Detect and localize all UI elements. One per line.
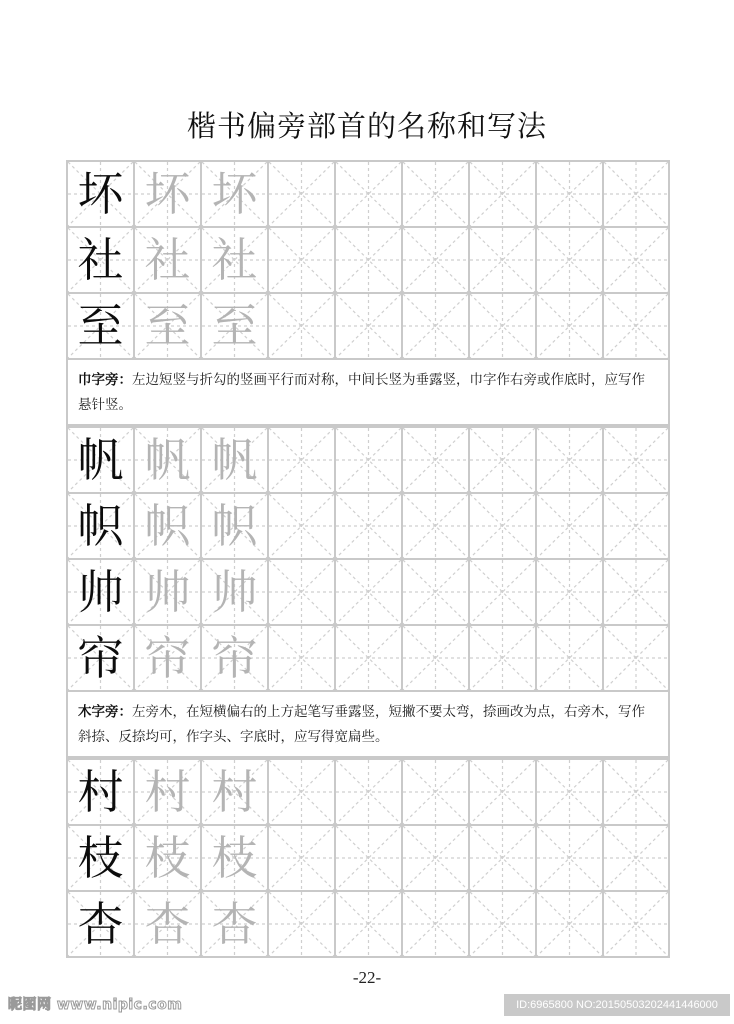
practice-grid-section-3: 村村村 枝枝枝 杏杏杏 — [66, 758, 670, 958]
trace-cell: 杏 — [202, 892, 269, 956]
mi-grid-guide-icon — [336, 626, 401, 690]
trace-cell: 枝 — [202, 826, 269, 890]
blank-practice-cell — [336, 560, 403, 624]
mi-grid-guide-icon — [403, 228, 468, 292]
blank-practice-cell — [604, 494, 668, 558]
blank-practice-cell — [403, 428, 470, 492]
blank-practice-cell — [604, 428, 668, 492]
note-text: 左边短竖与折勾的竖画平行而对称，中间长竖为垂露竖，巾字作右旁或作底时，应写作悬针… — [78, 372, 645, 413]
trace-character: 杏 — [202, 892, 267, 956]
mi-grid-guide-icon — [269, 294, 334, 358]
blank-practice-cell — [537, 560, 604, 624]
mi-grid-guide-icon — [470, 760, 535, 824]
mi-grid-guide-icon — [403, 494, 468, 558]
note-text: 左旁木，在短横偏右的上方起笔写垂露竖，短撇不要太弯，捺画改为点，右旁木，写作斜捺… — [78, 704, 645, 745]
radical-note-jin: 巾字旁：左边短竖与折勾的竖画平行而对称，中间长竖为垂露竖，巾字作右旁或作底时，应… — [66, 360, 670, 426]
mi-grid-guide-icon — [537, 428, 602, 492]
practice-grid-section-2: 帆帆帆 帜帜帜 帅帅帅 帘帘帘 — [66, 426, 670, 692]
blank-practice-cell — [537, 294, 604, 358]
mi-grid-guide-icon — [336, 826, 401, 890]
blank-practice-cell — [403, 162, 470, 226]
mi-grid-guide-icon — [470, 162, 535, 226]
trace-character: 枝 — [135, 826, 200, 890]
blank-practice-cell — [470, 428, 537, 492]
blank-practice-cell — [269, 294, 336, 358]
model-character: 村 — [68, 760, 133, 824]
practice-grid-section-1: 坏坏坏 社社社 至至至 — [66, 160, 670, 360]
mi-grid-guide-icon — [403, 294, 468, 358]
model-character: 杏 — [68, 892, 133, 956]
watermark-logo: 昵图网 www.nipic.com — [8, 994, 182, 1014]
mi-grid-guide-icon — [537, 892, 602, 956]
blank-practice-cell — [336, 428, 403, 492]
model-cell: 枝 — [68, 826, 135, 890]
trace-character: 社 — [202, 228, 267, 292]
model-character: 帆 — [68, 428, 133, 492]
blank-practice-cell — [269, 626, 336, 690]
model-character: 坏 — [68, 162, 133, 226]
blank-practice-cell — [470, 162, 537, 226]
mi-grid-guide-icon — [336, 892, 401, 956]
model-cell: 杏 — [68, 892, 135, 956]
blank-practice-cell — [604, 760, 668, 824]
blank-practice-cell — [336, 162, 403, 226]
blank-practice-cell — [537, 626, 604, 690]
grid-row: 帅帅帅 — [68, 560, 668, 626]
blank-practice-cell — [269, 494, 336, 558]
model-cell: 社 — [68, 228, 135, 292]
mi-grid-guide-icon — [604, 892, 668, 956]
blank-practice-cell — [604, 626, 668, 690]
blank-practice-cell — [269, 760, 336, 824]
blank-practice-cell — [403, 294, 470, 358]
model-character: 枝 — [68, 826, 133, 890]
model-cell: 帆 — [68, 428, 135, 492]
blank-practice-cell — [403, 494, 470, 558]
mi-grid-guide-icon — [269, 228, 334, 292]
mi-grid-guide-icon — [537, 826, 602, 890]
blank-practice-cell — [470, 494, 537, 558]
blank-practice-cell — [604, 560, 668, 624]
trace-cell: 帅 — [135, 560, 202, 624]
blank-practice-cell — [470, 760, 537, 824]
blank-practice-cell — [604, 892, 668, 956]
blank-practice-cell — [403, 826, 470, 890]
trace-cell: 帘 — [135, 626, 202, 690]
trace-character: 帘 — [135, 626, 200, 690]
trace-cell: 村 — [135, 760, 202, 824]
mi-grid-guide-icon — [470, 560, 535, 624]
trace-character: 帘 — [202, 626, 267, 690]
mi-grid-guide-icon — [604, 494, 668, 558]
trace-character: 村 — [135, 760, 200, 824]
mi-grid-guide-icon — [269, 494, 334, 558]
grid-row: 坏坏坏 — [68, 162, 668, 228]
trace-cell: 帆 — [135, 428, 202, 492]
blank-practice-cell — [537, 162, 604, 226]
mi-grid-guide-icon — [604, 428, 668, 492]
mi-grid-guide-icon — [269, 428, 334, 492]
trace-character: 至 — [202, 294, 267, 358]
mi-grid-guide-icon — [336, 494, 401, 558]
trace-character: 坏 — [202, 162, 267, 226]
trace-cell: 帜 — [202, 494, 269, 558]
blank-practice-cell — [269, 560, 336, 624]
mi-grid-guide-icon — [269, 560, 334, 624]
blank-practice-cell — [336, 228, 403, 292]
blank-practice-cell — [537, 760, 604, 824]
grid-row: 帘帘帘 — [68, 626, 668, 692]
blank-practice-cell — [537, 428, 604, 492]
mi-grid-guide-icon — [537, 760, 602, 824]
mi-grid-guide-icon — [470, 228, 535, 292]
blank-practice-cell — [336, 892, 403, 956]
model-character: 帜 — [68, 494, 133, 558]
grid-row: 帆帆帆 — [68, 428, 668, 494]
note-label: 巾字旁： — [78, 372, 132, 388]
mi-grid-guide-icon — [537, 294, 602, 358]
blank-practice-cell — [604, 294, 668, 358]
blank-practice-cell — [470, 626, 537, 690]
mi-grid-guide-icon — [604, 162, 668, 226]
mi-grid-guide-icon — [269, 892, 334, 956]
trace-cell: 杏 — [135, 892, 202, 956]
trace-cell: 至 — [135, 294, 202, 358]
trace-character: 帜 — [135, 494, 200, 558]
grid-row: 社社社 — [68, 228, 668, 294]
mi-grid-guide-icon — [604, 826, 668, 890]
trace-character: 帜 — [202, 494, 267, 558]
mi-grid-guide-icon — [604, 294, 668, 358]
trace-character: 帅 — [202, 560, 267, 624]
model-character: 帅 — [68, 560, 133, 624]
mi-grid-guide-icon — [537, 162, 602, 226]
blank-practice-cell — [470, 228, 537, 292]
model-cell: 村 — [68, 760, 135, 824]
mi-grid-guide-icon — [604, 560, 668, 624]
grid-row: 帜帜帜 — [68, 494, 668, 560]
blank-practice-cell — [403, 560, 470, 624]
mi-grid-guide-icon — [403, 826, 468, 890]
model-character: 社 — [68, 228, 133, 292]
mi-grid-guide-icon — [336, 428, 401, 492]
trace-cell: 村 — [202, 760, 269, 824]
blank-practice-cell — [403, 892, 470, 956]
mi-grid-guide-icon — [336, 162, 401, 226]
mi-grid-guide-icon — [269, 162, 334, 226]
trace-character: 坏 — [135, 162, 200, 226]
trace-character: 杏 — [135, 892, 200, 956]
grid-row: 枝枝枝 — [68, 826, 668, 892]
trace-character: 至 — [135, 294, 200, 358]
mi-grid-guide-icon — [269, 826, 334, 890]
model-character: 帘 — [68, 626, 133, 690]
blank-practice-cell — [336, 494, 403, 558]
grid-row: 杏杏杏 — [68, 892, 668, 958]
practice-sheet: 坏坏坏 社社社 至至至 巾字旁：左边短竖与折勾的竖画平行而对称，中间长竖为垂露竖… — [66, 160, 670, 958]
mi-grid-guide-icon — [470, 428, 535, 492]
mi-grid-guide-icon — [470, 892, 535, 956]
blank-practice-cell — [336, 760, 403, 824]
blank-practice-cell — [604, 826, 668, 890]
trace-character: 社 — [135, 228, 200, 292]
mi-grid-guide-icon — [269, 626, 334, 690]
mi-grid-guide-icon — [336, 294, 401, 358]
page-title: 楷书偏旁部首的名称和写法 — [0, 104, 734, 145]
blank-practice-cell — [269, 162, 336, 226]
mi-grid-guide-icon — [336, 228, 401, 292]
blank-practice-cell — [336, 826, 403, 890]
trace-cell: 帆 — [202, 428, 269, 492]
grid-row: 村村村 — [68, 760, 668, 826]
mi-grid-guide-icon — [269, 760, 334, 824]
mi-grid-guide-icon — [403, 560, 468, 624]
trace-cell: 帘 — [202, 626, 269, 690]
model-cell: 帘 — [68, 626, 135, 690]
blank-practice-cell — [470, 294, 537, 358]
blank-practice-cell — [269, 892, 336, 956]
mi-grid-guide-icon — [403, 626, 468, 690]
blank-practice-cell — [403, 228, 470, 292]
blank-practice-cell — [269, 228, 336, 292]
trace-cell: 社 — [202, 228, 269, 292]
blank-practice-cell — [537, 494, 604, 558]
blank-practice-cell — [537, 892, 604, 956]
model-character: 至 — [68, 294, 133, 358]
trace-cell: 社 — [135, 228, 202, 292]
trace-cell: 坏 — [202, 162, 269, 226]
mi-grid-guide-icon — [403, 892, 468, 956]
mi-grid-guide-icon — [403, 760, 468, 824]
model-cell: 至 — [68, 294, 135, 358]
model-cell: 帅 — [68, 560, 135, 624]
blank-practice-cell — [470, 826, 537, 890]
grid-row: 至至至 — [68, 294, 668, 360]
mi-grid-guide-icon — [336, 560, 401, 624]
model-cell: 帜 — [68, 494, 135, 558]
note-label: 木字旁： — [78, 704, 132, 720]
trace-cell: 枝 — [135, 826, 202, 890]
mi-grid-guide-icon — [604, 760, 668, 824]
mi-grid-guide-icon — [537, 494, 602, 558]
blank-practice-cell — [403, 626, 470, 690]
blank-practice-cell — [604, 228, 668, 292]
blank-practice-cell — [269, 428, 336, 492]
trace-character: 帆 — [135, 428, 200, 492]
trace-character: 帆 — [202, 428, 267, 492]
mi-grid-guide-icon — [403, 428, 468, 492]
trace-cell: 坏 — [135, 162, 202, 226]
mi-grid-guide-icon — [470, 626, 535, 690]
mi-grid-guide-icon — [403, 162, 468, 226]
mi-grid-guide-icon — [537, 560, 602, 624]
trace-cell: 帜 — [135, 494, 202, 558]
trace-character: 帅 — [135, 560, 200, 624]
trace-cell: 至 — [202, 294, 269, 358]
mi-grid-guide-icon — [537, 626, 602, 690]
page-number: -22- — [0, 968, 734, 988]
blank-practice-cell — [537, 826, 604, 890]
model-cell: 坏 — [68, 162, 135, 226]
blank-practice-cell — [537, 228, 604, 292]
blank-practice-cell — [470, 560, 537, 624]
mi-grid-guide-icon — [604, 626, 668, 690]
trace-cell: 帅 — [202, 560, 269, 624]
trace-character: 村 — [202, 760, 267, 824]
radical-note-mu: 木字旁：左旁木，在短横偏右的上方起笔写垂露竖，短撇不要太弯，捺画改为点，右旁木，… — [66, 692, 670, 758]
mi-grid-guide-icon — [537, 228, 602, 292]
mi-grid-guide-icon — [470, 494, 535, 558]
mi-grid-guide-icon — [604, 228, 668, 292]
watermark-id: ID:6965800 NO:20150503202441446000 — [504, 994, 730, 1016]
mi-grid-guide-icon — [470, 826, 535, 890]
blank-practice-cell — [470, 892, 537, 956]
trace-character: 枝 — [202, 826, 267, 890]
mi-grid-guide-icon — [336, 760, 401, 824]
blank-practice-cell — [403, 760, 470, 824]
mi-grid-guide-icon — [470, 294, 535, 358]
blank-practice-cell — [604, 162, 668, 226]
blank-practice-cell — [336, 626, 403, 690]
blank-practice-cell — [336, 294, 403, 358]
blank-practice-cell — [269, 826, 336, 890]
